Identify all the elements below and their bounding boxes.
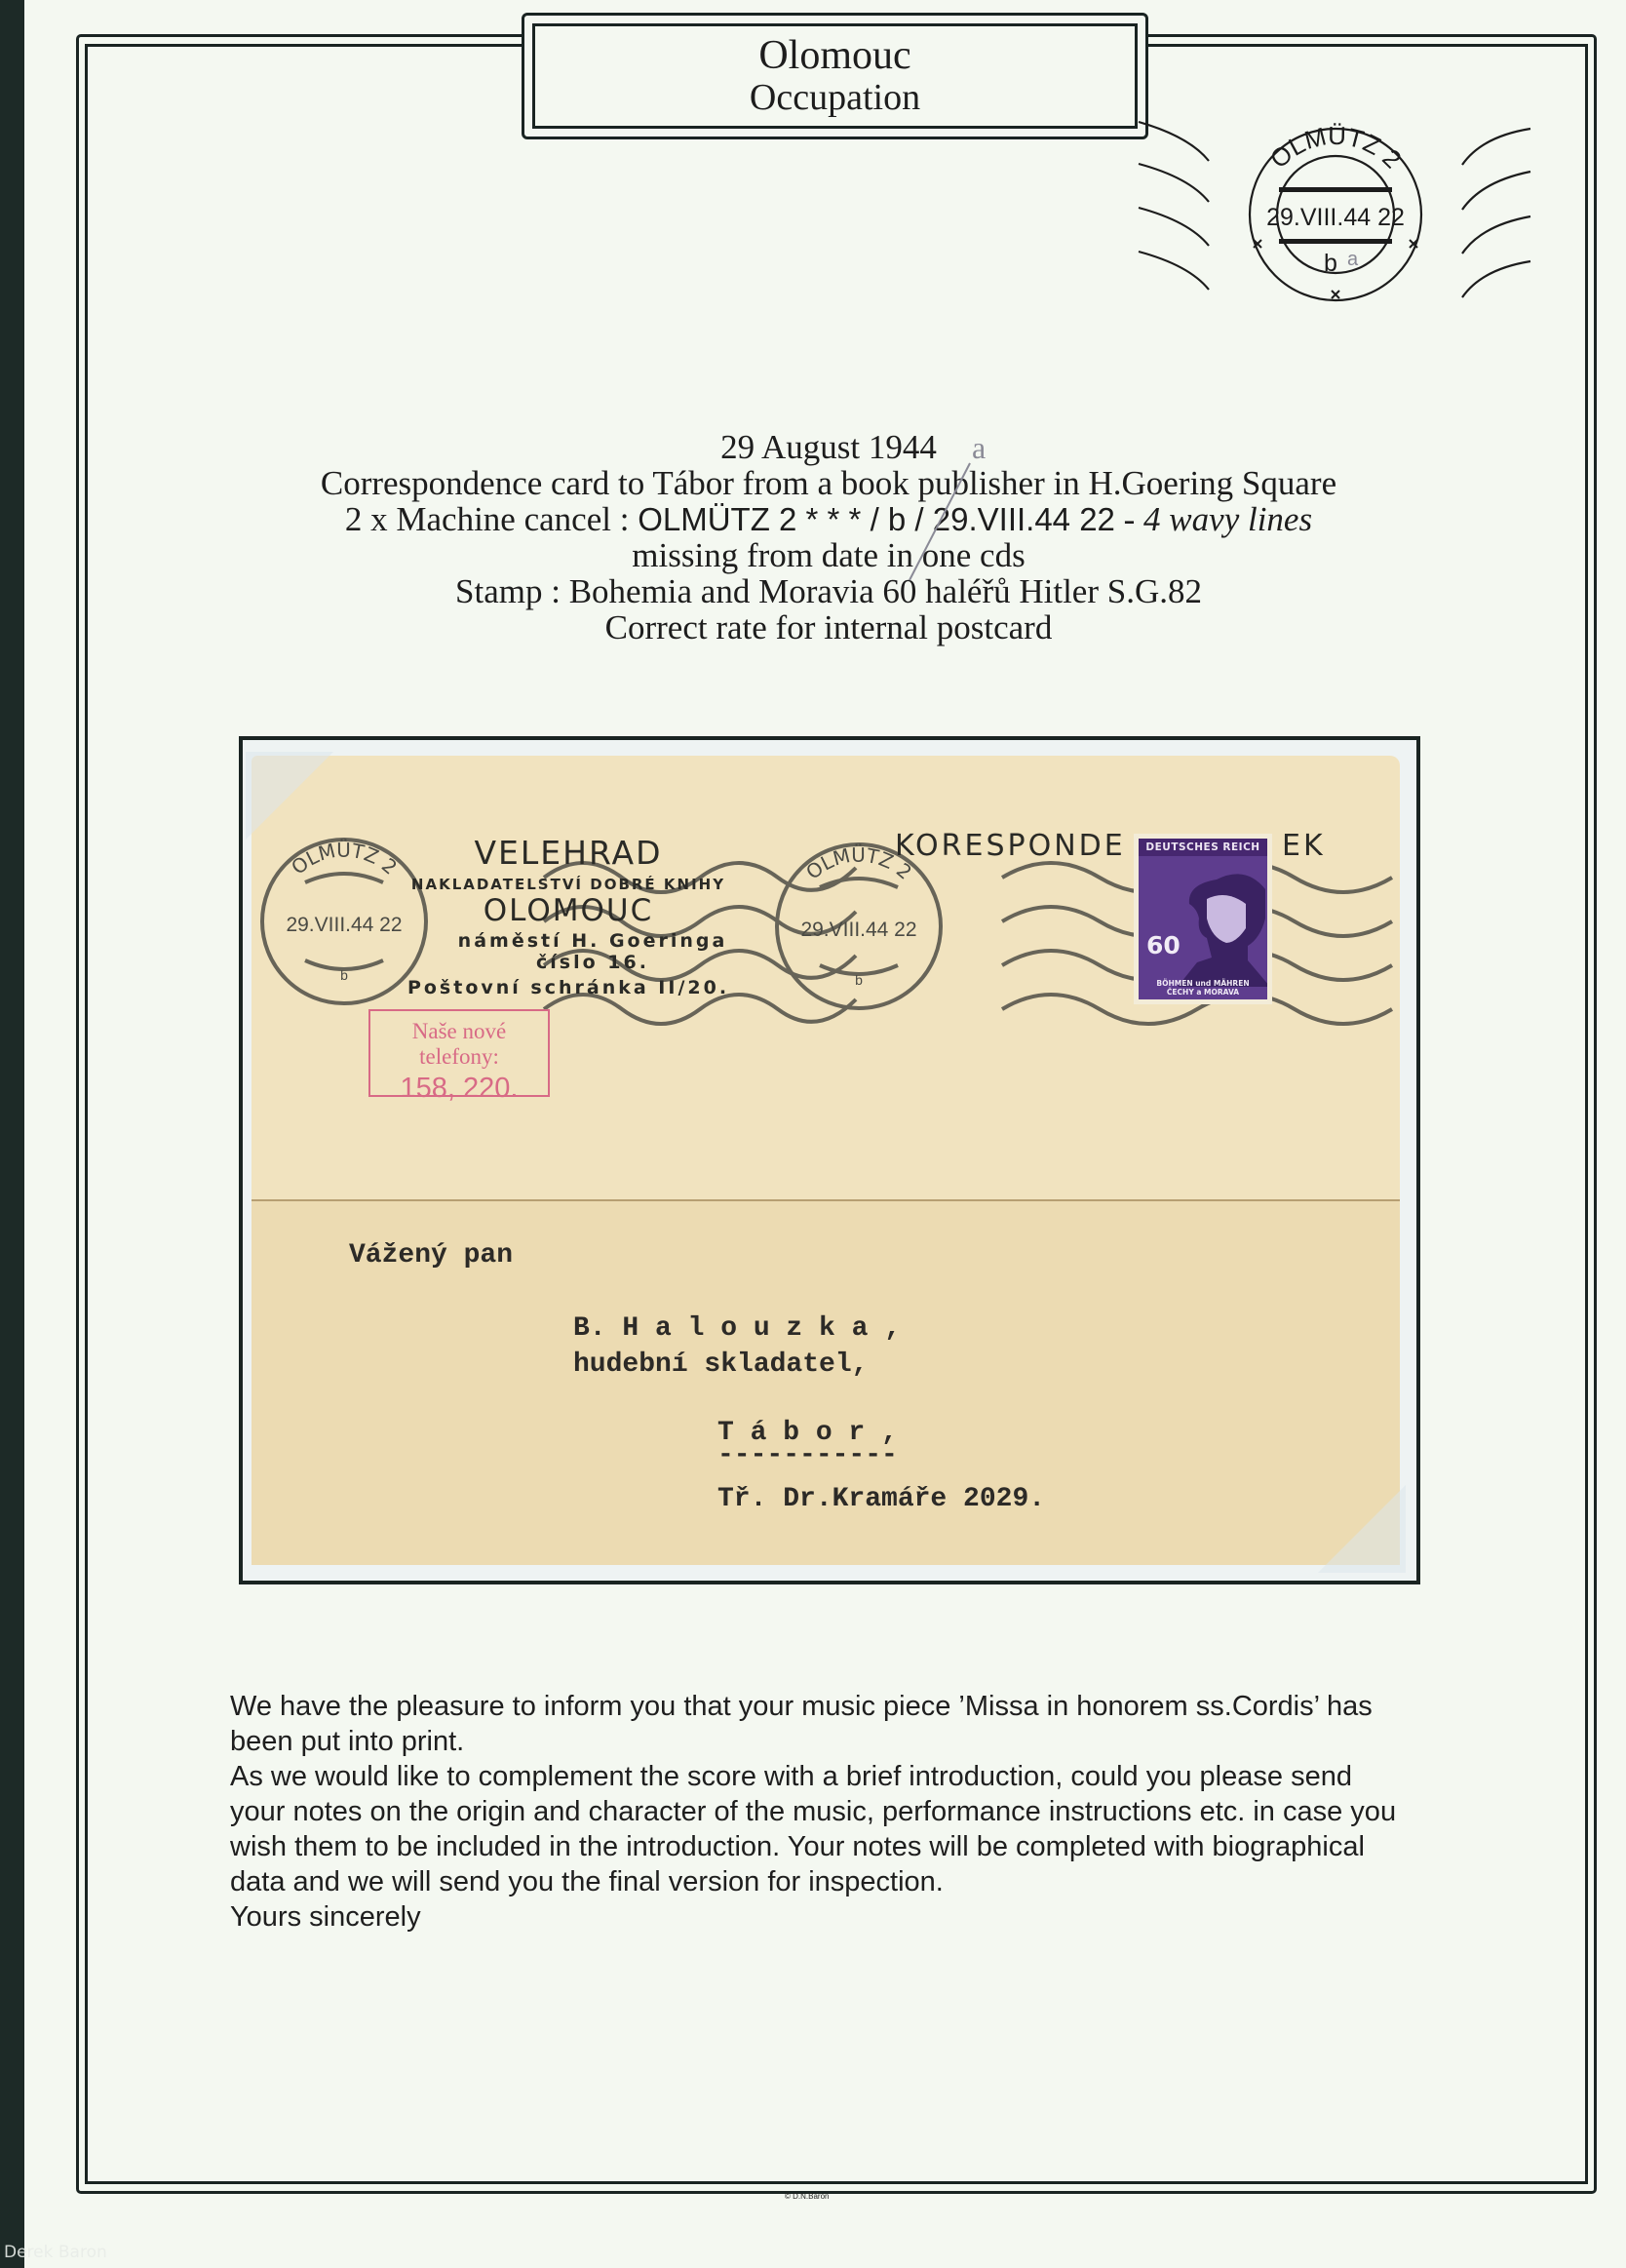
illus-code: b bbox=[1324, 250, 1337, 277]
postage-stamp: DEUTSCHES REICH 60 BÖHMEN und MÄHREN ČEC… bbox=[1134, 834, 1272, 1004]
sender-pobox: Poštovní schránka II/20. bbox=[398, 977, 739, 998]
salutation: Vážený pan bbox=[349, 1240, 513, 1271]
sender-tagline: NAKLADATELSTVÍ DOBRÉ KNIHY bbox=[398, 876, 739, 893]
phone-handstamp: Naše nové telefony: 158, 220. bbox=[368, 1009, 550, 1097]
card-heading-tail: EK bbox=[1282, 829, 1326, 863]
letter-translation: We have the pleasure to inform you that … bbox=[230, 1689, 1400, 1935]
pencil-note: a bbox=[1347, 249, 1359, 270]
item-description: 29 August 1944 Correspondence card to Tá… bbox=[244, 429, 1413, 645]
watermark: Derek Baron bbox=[4, 2243, 107, 2262]
illus-date: 29.VIII.44 22 bbox=[1266, 204, 1405, 231]
stamp-value: 60 bbox=[1146, 931, 1181, 959]
sender-street: náměstí H. Goeringa číslo 16. bbox=[446, 930, 739, 973]
desc-card-type: Correspondence card to Tábor from a book… bbox=[244, 465, 1413, 501]
city-underline: ----------- bbox=[717, 1440, 898, 1470]
copyright: © D.N.Baron bbox=[785, 2192, 829, 2201]
page-title-box: Olomouc Occupation bbox=[522, 13, 1148, 139]
illus-town: OLMÜTZ 2 bbox=[1264, 121, 1408, 175]
card-heading: KORESPONDE bbox=[895, 829, 1126, 863]
desc-cancel: 2 x Machine cancel : OLMÜTZ 2 * * * / b … bbox=[244, 501, 1413, 537]
desc-stamp: Stamp : Bohemia and Moravia 60 haléřů Hi… bbox=[244, 573, 1413, 609]
mount-corner bbox=[246, 752, 333, 840]
postcard: OLMÜTZ 2 29.VIII.44 22 b OLMÜTZ 2 29.VII… bbox=[252, 756, 1400, 1563]
desc-date: 29 August 1944 bbox=[244, 429, 1413, 465]
mount-corner bbox=[1318, 1485, 1406, 1573]
svg-text:OLMÜTZ 2: OLMÜTZ 2 bbox=[1264, 121, 1408, 175]
addressee-title: hudební skladatel, bbox=[573, 1349, 868, 1380]
letter-paragraph: As we would like to complement the score… bbox=[230, 1759, 1400, 1899]
addressee-name: B. H a l o u z k a , bbox=[573, 1313, 901, 1344]
sender-name: VELEHRAD bbox=[398, 834, 739, 872]
scan-edge-strip bbox=[0, 0, 24, 2268]
letter-closing: Yours sincerely bbox=[230, 1899, 1400, 1935]
addressee-street: Tř. Dr.Kramáře 2029. bbox=[717, 1484, 1045, 1514]
desc-rate: Correct rate for internal postcard bbox=[244, 609, 1413, 645]
pencil-annotation: a bbox=[902, 414, 1019, 590]
svg-text:a: a bbox=[972, 430, 986, 465]
letter-paragraph: We have the pleasure to inform you that … bbox=[230, 1689, 1400, 1759]
sender-imprint: VELEHRAD NAKLADATELSTVÍ DOBRÉ KNIHY OLOM… bbox=[252, 834, 739, 998]
address-panel: Vážený pan B. H a l o u z k a , hudební … bbox=[252, 1199, 1400, 1565]
page-title: Olomouc bbox=[758, 34, 910, 77]
page-subtitle: Occupation bbox=[750, 77, 920, 118]
postmark-illustration: OLMÜTZ 2 29.VIII.44 22 b a bbox=[1131, 98, 1540, 302]
desc-cancel-note: missing from date in one cds bbox=[244, 537, 1413, 573]
svg-text:29.VIII.44 22: 29.VIII.44 22 bbox=[800, 919, 916, 941]
svg-text:b: b bbox=[855, 972, 863, 988]
sender-city: OLOMOUC bbox=[398, 893, 739, 928]
portrait-icon bbox=[1178, 860, 1267, 987]
